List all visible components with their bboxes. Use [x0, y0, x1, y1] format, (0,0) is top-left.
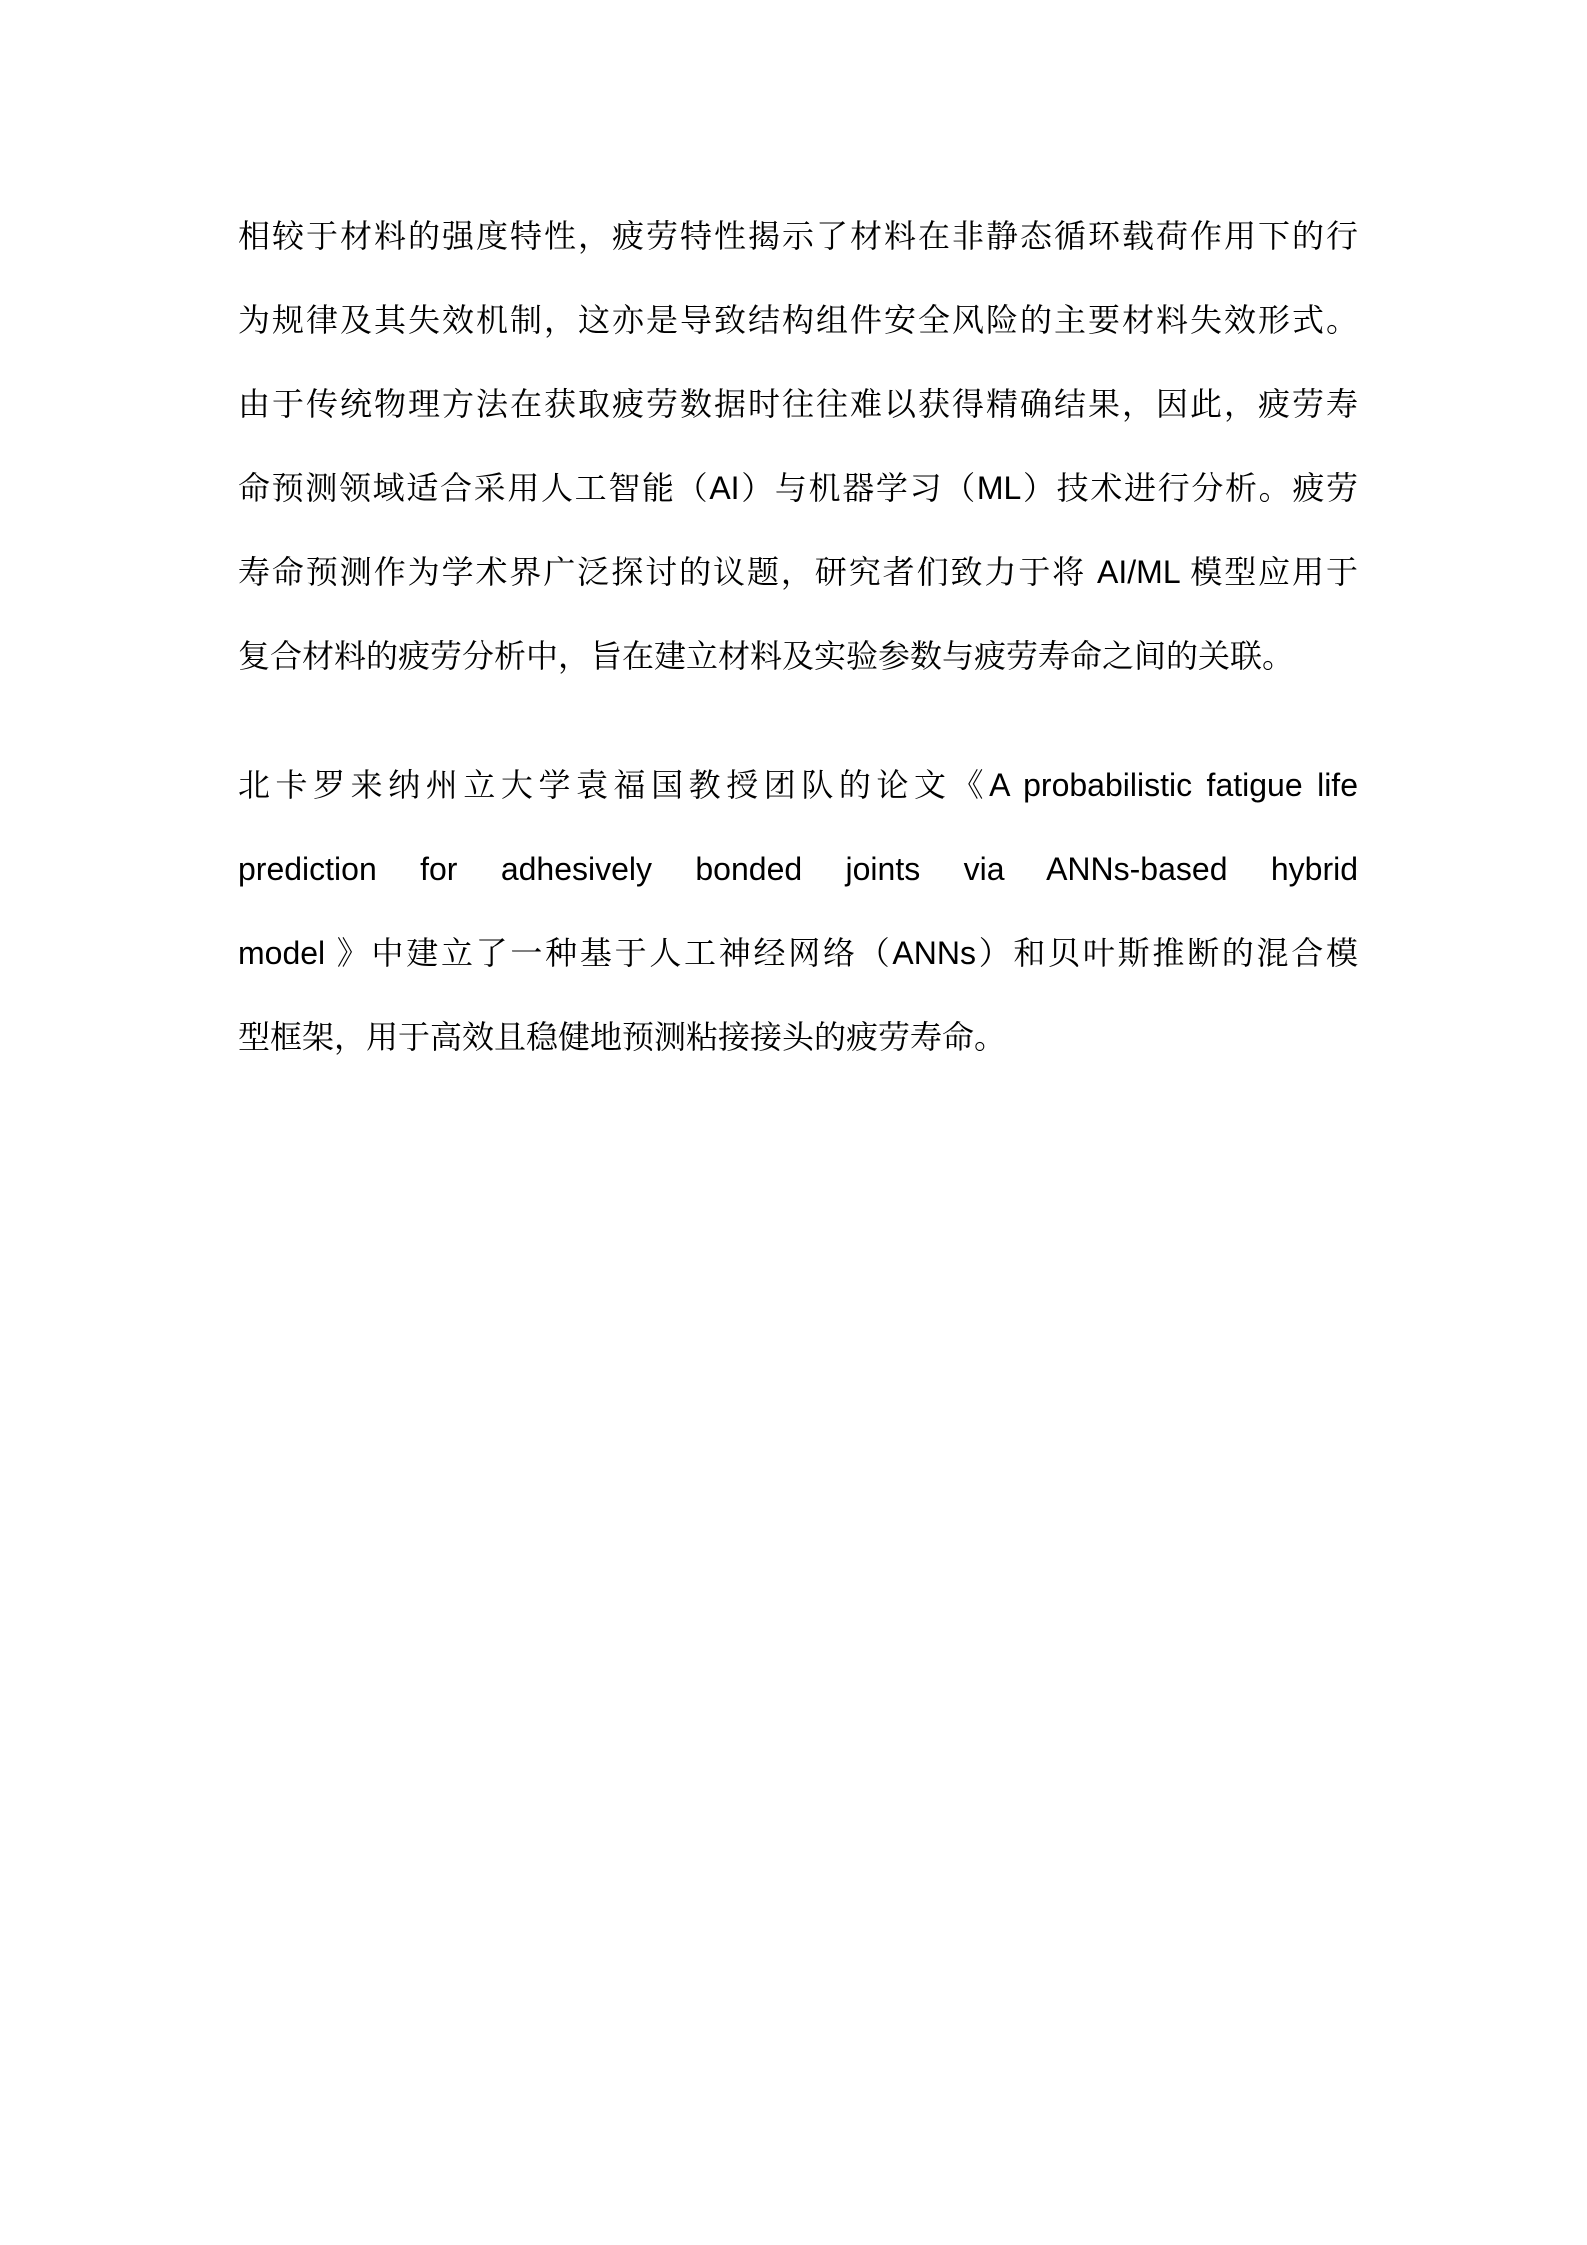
text-line: 复合材料的疲劳分析中，旨在建立材料及实验参数与疲劳寿命之间的关联。: [238, 614, 1358, 698]
text-line: 寿命预测作为学术界广泛探讨的议题，研究者们致力于将 AI/ML 模型应用于: [238, 530, 1358, 614]
text-line: 为规律及其失效机制，这亦是导致结构组件安全风险的主要材料失效形式。: [238, 278, 1358, 362]
text-line: 由于传统物理方法在获取疲劳数据时往往难以获得精确结果，因此，疲劳寿: [238, 362, 1358, 446]
text-line: 相较于材料的强度特性，疲劳特性揭示了材料在非静态循环载荷作用下的行: [238, 194, 1358, 278]
text-line: 型框架，用于高效且稳健地预测粘接接头的疲劳寿命。: [238, 995, 1358, 1079]
document-content: 相较于材料的强度特性，疲劳特性揭示了材料在非静态循环载荷作用下的行 为规律及其失…: [238, 194, 1358, 1079]
paragraph-paper-summary: 北卡罗来纳州立大学袁福国教授团队的论文《A probabilistic fati…: [238, 743, 1358, 1079]
text-line: model 》中建立了一种基于人工神经网络（ANNs）和贝叶斯推断的混合模: [238, 911, 1358, 995]
document-page: 相较于材料的强度特性，疲劳特性揭示了材料在非静态循环载荷作用下的行 为规律及其失…: [0, 0, 1587, 2245]
text-line: prediction for adhesively bonded joints …: [238, 827, 1358, 911]
text-line: 北卡罗来纳州立大学袁福国教授团队的论文《A probabilistic fati…: [238, 743, 1358, 827]
text-line: 命预测领域适合采用人工智能（AI）与机器学习（ML）技术进行分析。疲劳: [238, 446, 1358, 530]
paragraph-fatigue-intro: 相较于材料的强度特性，疲劳特性揭示了材料在非静态循环载荷作用下的行 为规律及其失…: [238, 194, 1358, 698]
